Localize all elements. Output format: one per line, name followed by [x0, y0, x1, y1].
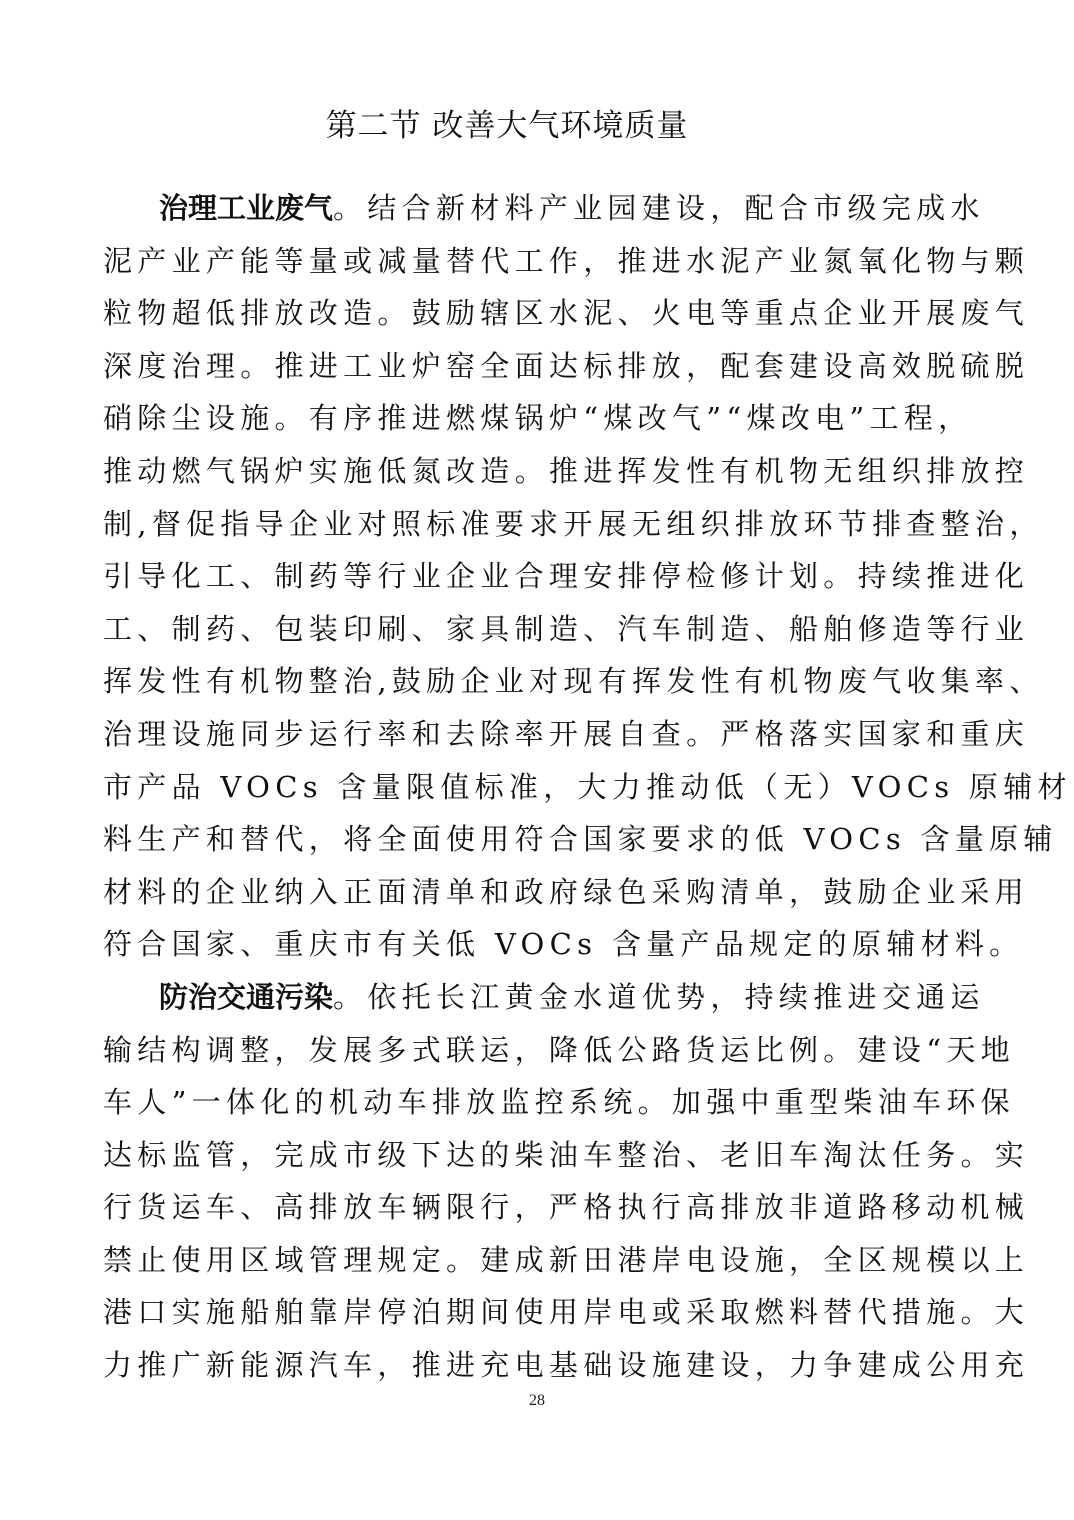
text-line: 引导化工、制药等行业企业合理安排停检修计划。持续推进化	[103, 550, 918, 603]
text-line: 工、制药、包装印刷、家具制造、汽车制造、船舶修造等行业	[103, 603, 918, 656]
text-line: 市产品 VOCs 含量限值标准，大力推动低（无）VOCs 原辅材	[103, 761, 918, 814]
page-number: 28	[0, 1392, 1074, 1410]
body-text: 治理工业废气。结合新材料产业园建设，配合市级完成水 泥产业产能等量或减量替代工作…	[103, 182, 918, 1392]
text-line: 禁止使用区域管理规定。建成新田港岸电设施，全区规模以上	[103, 1234, 918, 1287]
text-line: 输结构调整，发展多式联运，降低公路货运比例。建设“天地	[103, 1024, 918, 1077]
text-line: 制,督促指导企业对照标准要求开展无组织排放环节排查整治，	[103, 498, 918, 551]
document-page: 第二节 改善大气环境质量 治理工业废气。结合新材料产业园建设，配合市级完成水 泥…	[0, 0, 1074, 1520]
text-line: 粒物超低排放改造。鼓励辖区水泥、火电等重点企业开展废气	[103, 287, 918, 340]
paragraph-lead: 治理工业废气	[159, 191, 333, 225]
text-line: 达标监管，完成市级下达的柴油车整治、老旧车淘汰任务。实	[103, 1129, 918, 1182]
text-line: 推动燃气锅炉实施低氮改造。推进挥发性有机物无组织排放控	[103, 445, 918, 498]
text-line: 治理工业废气。结合新材料产业园建设，配合市级完成水	[103, 182, 918, 235]
text-line: 挥发性有机物整治,鼓励企业对现有挥发性有机物废气收集率、	[103, 655, 918, 708]
paragraph-traffic-pollution: 防治交通污染。依托长江黄金水道优势，持续推进交通运 输结构调整，发展多式联运，降…	[103, 971, 918, 1392]
text-line: 行货运车、高排放车辆限行，严格执行高排放非道路移动机械	[103, 1181, 918, 1234]
text-line: 治理设施同步运行率和去除率开展自查。严格落实国家和重庆	[103, 708, 918, 761]
paragraph-lead: 防治交通污染	[159, 980, 333, 1014]
text-line: 车人”一体化的机动车排放监控系统。加强中重型柴油车环保	[103, 1076, 918, 1129]
text-line: 材料的企业纳入正面清单和政府绿色采购清单，鼓励企业采用	[103, 866, 918, 919]
text-line: 泥产业产能等量或减量替代工作，推进水泥产业氮氧化物与颗	[103, 235, 918, 288]
text-line: 防治交通污染。依托长江黄金水道优势，持续推进交通运	[103, 971, 918, 1024]
text-line: 硝除尘设施。有序推进燃煤锅炉“煤改气”“煤改电”工程，	[103, 392, 918, 445]
section-title: 第二节 改善大气环境质量	[0, 104, 1014, 148]
text-line: 港口实施船舶靠岸停泊期间使用岸电或采取燃料替代措施。大	[103, 1286, 918, 1339]
paragraph-industrial-emissions: 治理工业废气。结合新材料产业园建设，配合市级完成水 泥产业产能等量或减量替代工作…	[103, 182, 918, 971]
text-line: 深度治理。推进工业炉窑全面达标排放，配套建设高效脱硫脱	[103, 340, 918, 393]
text-line: 符合国家、重庆市有关低 VOCs 含量产品规定的原辅材料。	[103, 918, 918, 971]
text-line: 料生产和替代，将全面使用符合国家要求的低 VOCs 含量原辅	[103, 813, 918, 866]
text-line: 力推广新能源汽车，推进充电基础设施建设，力争建成公用充	[103, 1339, 918, 1392]
